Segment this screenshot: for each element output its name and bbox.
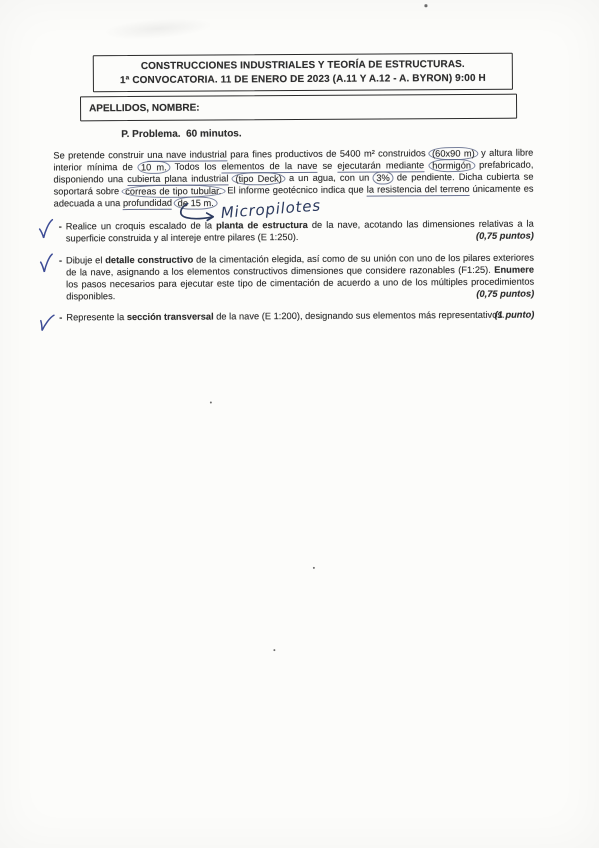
- question-item: - Realice un croquis escalado de la plan…: [37, 219, 534, 246]
- name-field-label: APELLIDOS, NOMBRE:: [89, 103, 200, 115]
- question-body: Dibuje el detalle constructivo de la cim…: [66, 252, 534, 301]
- question-list: - Realice un croquis escalado de la plan…: [37, 219, 535, 344]
- question-item: - Dibuje el detalle constructivo de la c…: [37, 252, 534, 303]
- exam-session-line: 1ª CONVOCATORIA. 11 DE ENERO DE 2023 (A.…: [94, 71, 512, 87]
- exam-header-box: CONSTRUCCIONES INDUSTRIALES Y TEORÍA DE …: [93, 53, 513, 93]
- name-field-box: APELLIDOS, NOMBRE:: [80, 94, 517, 122]
- bullet-dash: -: [55, 255, 66, 267]
- scan-smudge: [102, 15, 213, 43]
- question-body: Realice un croquis escalado de la planta…: [66, 219, 534, 244]
- question-body: Represente la sección transversal de la …: [66, 310, 504, 323]
- section-title: P. Problema. 60 minutos.: [121, 128, 241, 140]
- handwritten-note-text: Micropilotes: [220, 196, 321, 222]
- checkmark-icon: [37, 217, 55, 240]
- question-points: (0,75 puntos): [476, 230, 534, 242]
- scanned-exam-page: CONSTRUCCIONES INDUSTRIALES Y TEORÍA DE …: [0, 0, 599, 848]
- checkmark-icon: [35, 309, 58, 336]
- question-points: (1 punto): [495, 310, 535, 322]
- bullet-dash: -: [55, 221, 66, 233]
- question-text: Dibuje el detalle constructivo de la cim…: [66, 252, 534, 302]
- scan-speck: [273, 649, 275, 651]
- question-points: (0,75 puntos): [476, 288, 534, 300]
- question-text: Realice un croquis escalado de la planta…: [66, 219, 534, 246]
- scan-speck: [313, 567, 315, 569]
- scan-speck: [210, 402, 212, 404]
- scan-content: CONSTRUCCIONES INDUSTRIALES Y TEORÍA DE …: [0, 0, 599, 848]
- question-text: Represente la sección transversal de la …: [66, 310, 534, 325]
- checkmark-icon: [37, 251, 55, 274]
- question-item: - Represente la sección transversal de l…: [37, 310, 534, 334]
- scan-speck: [424, 4, 427, 7]
